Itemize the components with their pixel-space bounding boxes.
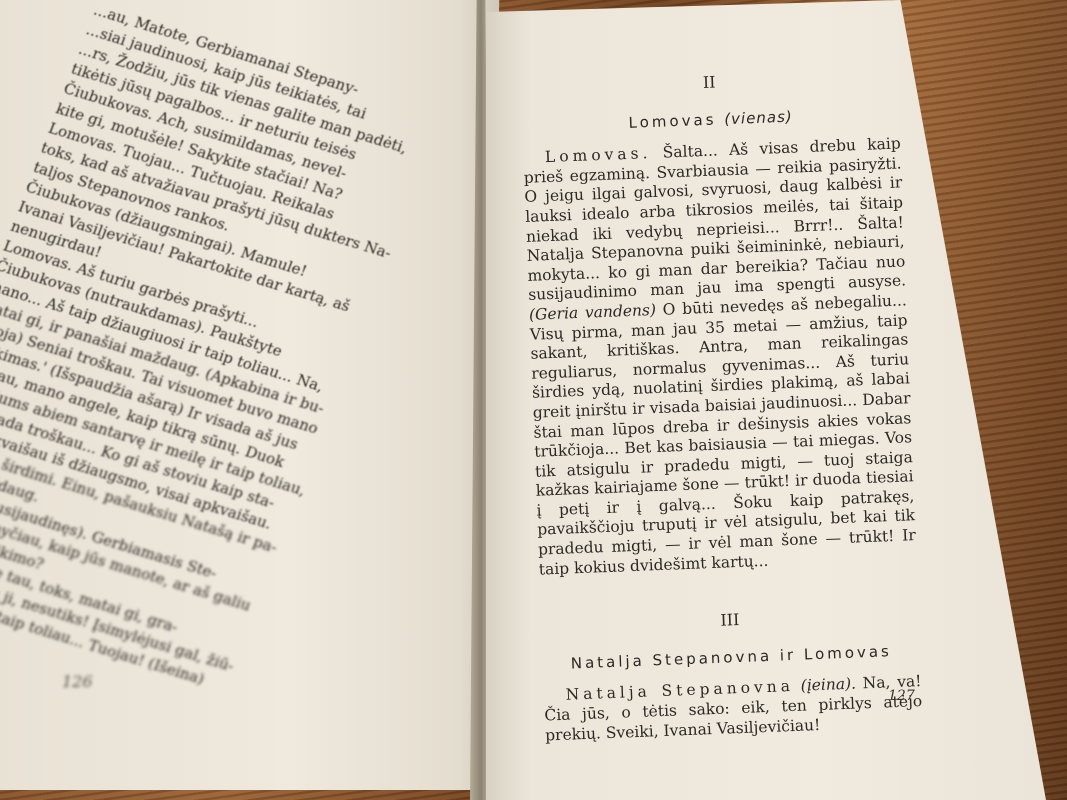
- stage-direction: (įeina).: [800, 675, 856, 695]
- right-page-number: 127: [888, 688, 915, 704]
- left-page-number: 126: [62, 672, 93, 691]
- scene-heading: Natalja Stepanovna ir Lomovas: [542, 641, 920, 675]
- monologue: Lomovas. Šalta... Aš visas drebu kaip pr…: [523, 135, 917, 580]
- speaker-name: Lomovas.: [545, 144, 652, 166]
- speech-text: O būti nevedęs aš nebegaliu... Visų pirm…: [529, 291, 916, 578]
- scene-heading: Lomovas (vienas): [521, 103, 899, 137]
- scene-heading-name: Lomovas: [628, 110, 717, 131]
- scene-heading-note: (vienas): [724, 107, 793, 128]
- right-page-text: II Lomovas (vienas) Lomovas. Šalta... Aš…: [520, 65, 923, 745]
